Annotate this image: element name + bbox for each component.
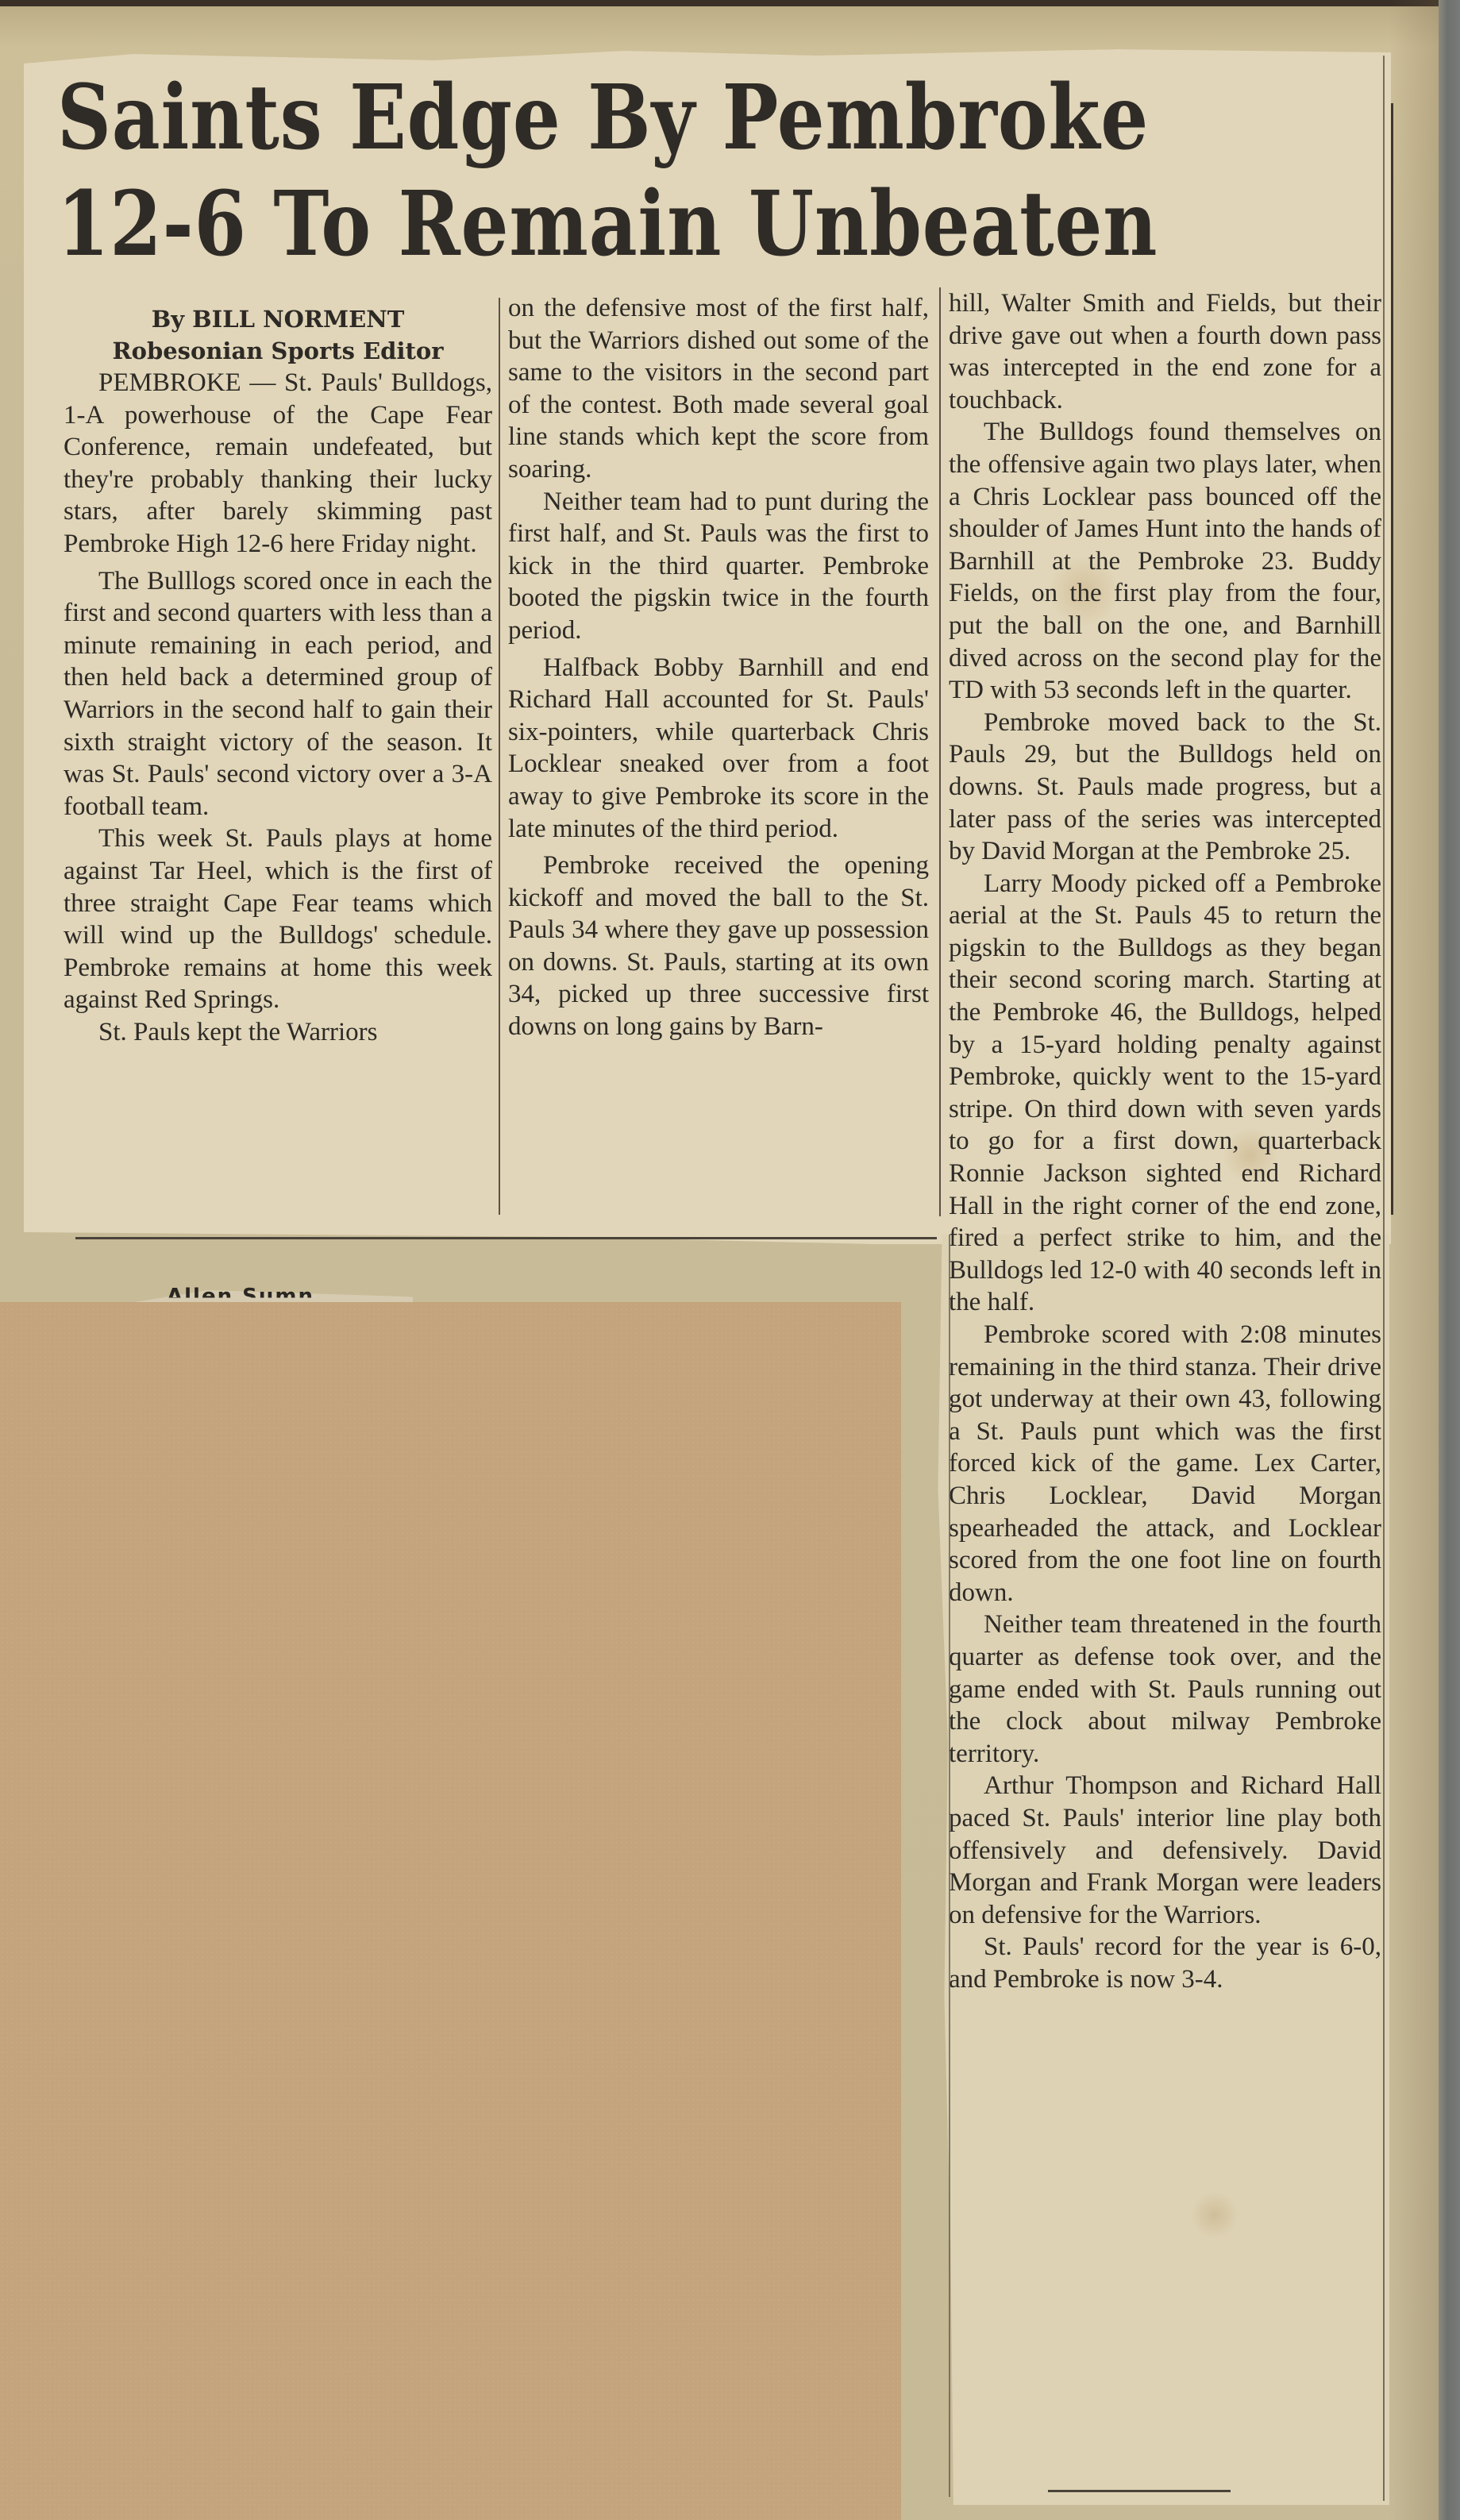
- byline-author: By BILL NORMENT: [64, 303, 492, 335]
- headline-line-2: 12-6 To Remain Unbeaten: [57, 171, 1124, 278]
- pasted-brown-paper: [0, 1302, 901, 2520]
- paragraph: Neither team had to punt during the firs…: [508, 486, 929, 647]
- age-stain: [1191, 2191, 1238, 2239]
- article-column-1: By BILL NORMENT Robesonian Sports Editor…: [64, 303, 492, 1048]
- end-rule: [1048, 2490, 1231, 2492]
- headline-line-1: Saints Edge By Pembroke: [57, 65, 1124, 171]
- paragraph: Pembroke received the opening kickoff an…: [508, 850, 929, 1043]
- headline: Saints Edge By Pembroke 12-6 To Remain U…: [57, 65, 1124, 278]
- paragraph: Pembroke moved back to the St. Pauls 29,…: [949, 707, 1381, 868]
- paragraph: Pembroke scored with 2:08 minutes remain…: [949, 1319, 1381, 1609]
- paragraph: Halfback Bobby Barnhill and end Richard …: [508, 652, 929, 846]
- section-rule: [75, 1237, 937, 1239]
- paragraph: The Bulllogs scored once in each the fir…: [64, 565, 492, 823]
- paragraph: St. Pauls kept the Warriors: [64, 1016, 492, 1049]
- column-rule: [499, 298, 500, 1215]
- page-top-edge: [0, 0, 1439, 6]
- paragraph: PEMBROKE — St. Pauls' Bulldogs, 1-A powe…: [64, 367, 492, 561]
- byline-title: Robesonian Sports Editor: [64, 335, 492, 367]
- page-curl-shadow: [1389, 0, 1439, 2520]
- paragraph: on the defensive most of the first half,…: [508, 292, 929, 486]
- scanner-edge: [1439, 0, 1460, 2520]
- column-rule: [1391, 103, 1393, 1215]
- article-column-3: hill, Walter Smith and Fields, but their…: [949, 287, 1381, 1995]
- paragraph: The Bulldogs found themselves on the off…: [949, 416, 1381, 706]
- paragraph: This week St. Pauls plays at home agains…: [64, 823, 492, 1016]
- column-rule: [939, 287, 941, 1216]
- column-rule: [1383, 56, 1385, 2501]
- paragraph: hill, Walter Smith and Fields, but their…: [949, 287, 1381, 416]
- paragraph: Neither team threatened in the fourth qu…: [949, 1609, 1381, 1770]
- paragraph: Arthur Thompson and Richard Hall paced S…: [949, 1770, 1381, 1931]
- paragraph: Larry Moody picked off a Pembroke aerial…: [949, 868, 1381, 1319]
- article-column-2: on the defensive most of the first half,…: [508, 292, 929, 1043]
- column-rule: [949, 1235, 950, 2497]
- paragraph: St. Pauls' record for the year is 6-0, a…: [949, 1931, 1381, 1995]
